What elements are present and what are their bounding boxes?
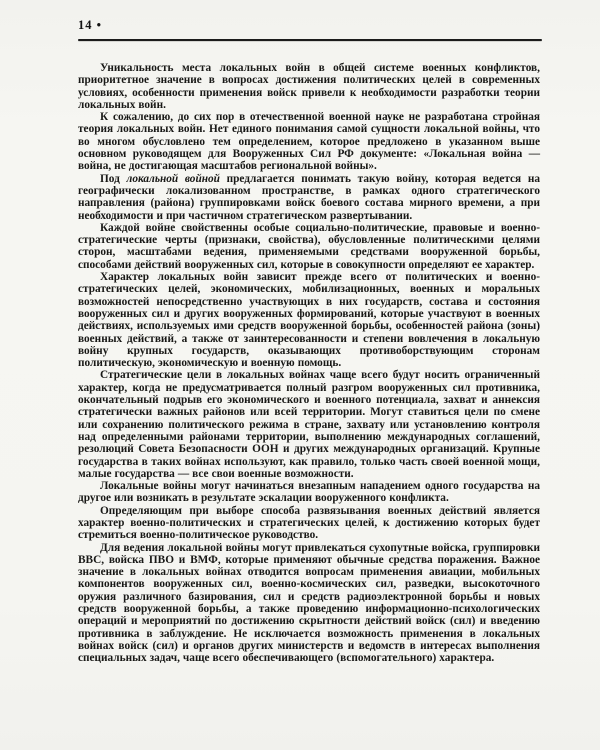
paragraph: Под локальной войной предлагается понима… [78,173,540,222]
paragraph-run: К сожалению, до сих пор в отечественной … [78,111,540,172]
paragraph: Для ведения локальной войны могут привле… [78,542,540,665]
body-text: Уникальность места локальных войн в обще… [78,62,540,665]
paragraph-run-italic: локальной войной [127,173,220,185]
scanned-book-page: 14 • Уникальность места локальных войн в… [0,0,600,750]
paragraph: К сожалению, до сих пор в отечественной … [78,111,540,172]
paragraph-run: Под [100,173,127,185]
header-rule [78,39,542,41]
paragraph-run: Для ведения локальной войны могут привле… [78,542,540,665]
page-number: 14 • [78,18,102,32]
paragraph: Каждой войне свойственны особые социальн… [78,222,540,271]
paragraph: Локальные войны могут начинаться внезапн… [78,480,540,505]
paragraph-run: Уникальность места локальных войн в обще… [78,62,540,111]
paragraph: Характер локальных войн зависит прежде в… [78,271,540,369]
paragraph: Стратегические цели в локальных войнах ч… [78,369,540,480]
paragraph-run: Характер локальных войн зависит прежде в… [78,271,540,369]
paragraph: Уникальность места локальных войн в обще… [78,62,540,111]
paragraph: Определяющим при выборе способа развязыв… [78,505,540,542]
page-header: 14 • [78,16,542,41]
paragraph-run: Определяющим при выборе способа развязыв… [78,505,540,542]
paragraph-run: Каждой войне свойственны особые социальн… [78,222,540,271]
paragraph-run: Локальные войны могут начинаться внезапн… [78,480,540,504]
paragraph-run: Стратегические цели в локальных войнах ч… [78,369,540,479]
